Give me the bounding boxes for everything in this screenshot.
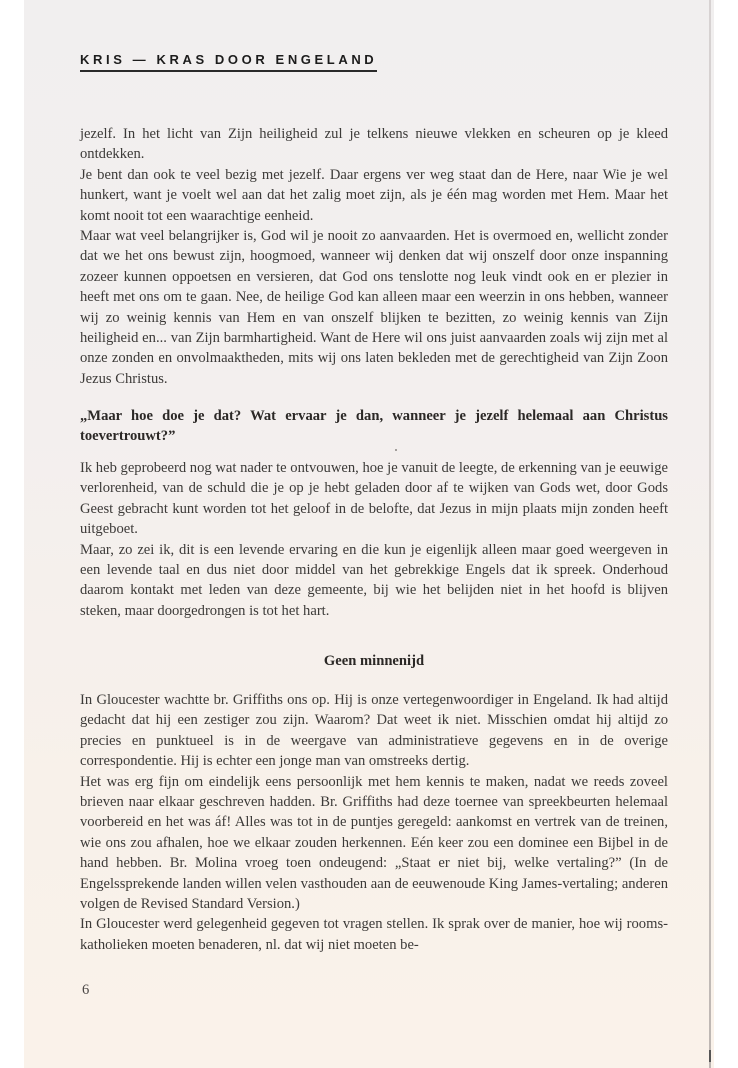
page-edge: [709, 0, 711, 1068]
page-number: 6: [82, 982, 89, 999]
paragraph: Maar wat veel belangrijker is, God wil j…: [80, 226, 668, 389]
paragraph: In Gloucester wachtte br. Griffiths ons …: [80, 690, 668, 772]
body-block-1: jezelf. In het licht van Zijn heiligheid…: [80, 124, 668, 389]
print-speck: [395, 449, 397, 451]
paragraph: Ik heb geprobeerd nog wat nader te ontvo…: [80, 458, 668, 540]
body-block-3: In Gloucester wachtte br. Griffiths ons …: [80, 690, 668, 955]
paragraph: In Gloucester werd gelegenheid gegeven t…: [80, 914, 668, 955]
paragraph: Maar, zo zei ik, dit is een levende erva…: [80, 540, 668, 622]
running-head: KRIS — KRAS DOOR ENGELAND: [80, 52, 377, 72]
question-heading: „Maar hoe doe je dat? Wat ervaar je dan,…: [80, 406, 668, 447]
paragraph: Het was erg fijn om eindelijk eens perso…: [80, 772, 668, 915]
body-block-2: Ik heb geprobeerd nog wat nader te ontvo…: [80, 458, 668, 621]
page-edge-mark: [709, 1050, 711, 1062]
paragraph: Je bent dan ook te veel bezig met jezelf…: [80, 165, 668, 226]
paragraph: jezelf. In het licht van Zijn heiligheid…: [80, 124, 668, 165]
section-heading: Geen minnenijd: [80, 653, 668, 670]
